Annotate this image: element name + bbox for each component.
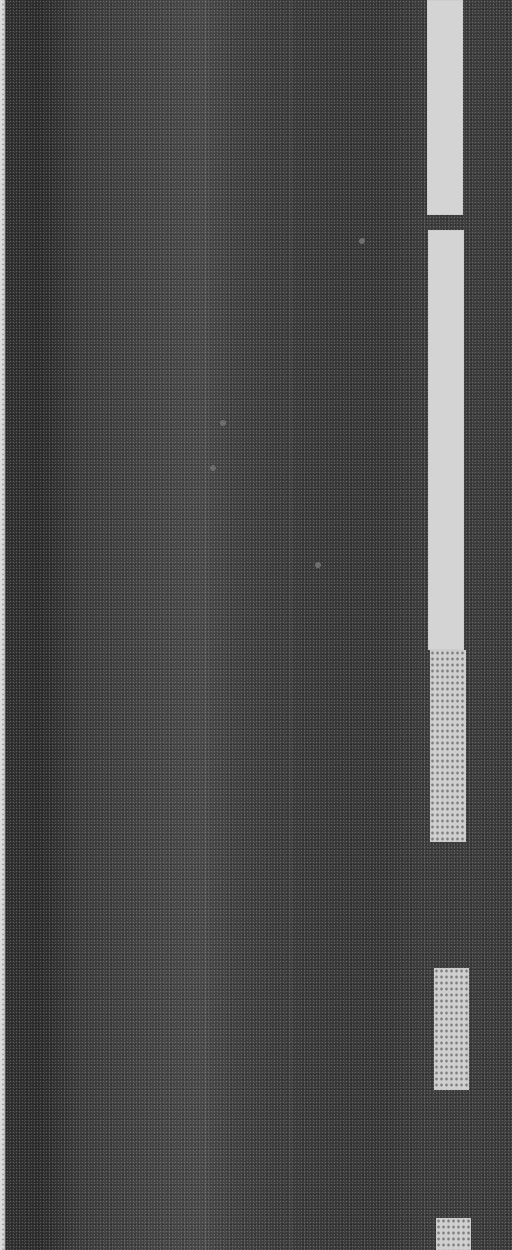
pavement-spot <box>315 562 321 568</box>
lane-marking-dash <box>428 230 464 650</box>
pavement-spot <box>210 465 216 471</box>
pavement-spot <box>359 238 365 244</box>
pavement-seam <box>290 0 292 1250</box>
lane-marking-dash-worn <box>436 1218 471 1250</box>
lane-marking-dash-worn <box>434 968 469 1090</box>
lane-marking-dash-worn <box>430 650 466 842</box>
pavement-spot <box>220 420 226 426</box>
lane-marking-dash <box>427 0 463 215</box>
road-surface-image <box>0 0 512 1250</box>
pavement-seam <box>205 0 207 1250</box>
